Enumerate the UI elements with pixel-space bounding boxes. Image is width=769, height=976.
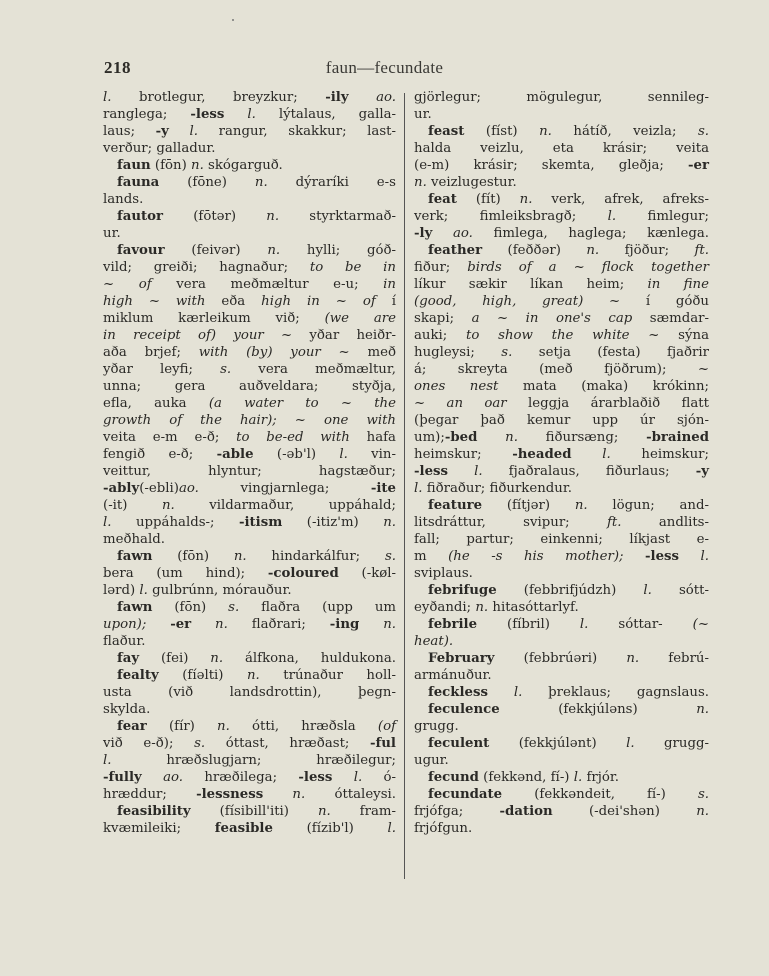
text-line: vild; greiði; hagnaður; to be in [103,259,396,276]
definition-text: flaðrari; [228,617,330,632]
definition-text: (físibill'iti) [191,804,318,819]
definition-text: (fekkjúləns) [500,702,697,717]
text-line: feckless l. þreklaus; gagnslaus. [414,684,709,701]
text-line: -ably(-ebli)ao. vingjarnlega; -ite [103,480,396,497]
definition-text: usta (við landsdrottin), þegn- [103,685,396,700]
definition-text: flaður. [103,634,146,649]
definition-text: unna; gera auðveldara; styðja, [103,379,396,394]
definition-text: fjöður; [599,243,694,258]
text-line: feature (fítjər) n. lögun; and- [414,497,709,514]
grammar-label: n. [414,175,427,190]
text-line: feasibility (físibill'iti) n. fram- [103,803,396,820]
definition-text: grugg. [414,719,459,734]
definition-text: trúnaður holl- [260,668,396,683]
definition-text: ugur. [414,753,449,768]
text-line: ~ an oar leggja árarblaðið flatt [414,395,709,412]
text-line: feculent (fekkjúlənt) l. grugg- [414,735,709,752]
grammar-label: l. [602,447,610,462]
text-line: efla, auka (a water to ~ the [103,395,396,412]
definition-text [169,124,190,139]
definition-text: litsdráttur, svipur; [414,515,607,530]
text-line: feat (fít) n. verk, afrek, afreks- [414,191,709,208]
text-line: fengið e-ð; -able (-əb'l) l. vin- [103,446,396,463]
headword: -er [170,617,191,632]
definition-text: (fekkənd, fí-) [479,770,574,785]
text-line: ranglega; -less l. lýtalaus, galla- [103,106,396,123]
definition-text: aða brjef; [103,345,199,360]
definition-text [432,226,453,241]
definition-text: frjór. [582,770,619,785]
headword: -fully [103,770,142,785]
definition-text: m [414,549,448,564]
grammar-label: ao. [163,770,183,785]
headword: feather [428,243,482,258]
grammar-label: a ~ in one's cap [472,311,633,326]
text-line: frjófgun. [414,820,709,837]
definition-text: á; skreyta (með fjöðrum); [414,362,698,377]
grammar-label: n. [520,192,533,207]
definition-text: (fōn) [152,549,233,564]
definition-text: líkur sækir líkan heim; [414,277,648,292]
definition-text: (físt) [464,124,539,139]
text-line: favour (feivər) n. hylli; góð- [103,242,396,259]
definition-text: óttast, hræðast; [205,736,370,751]
definition-text: andlits- [622,515,710,530]
grammar-label: s. [698,124,709,139]
definition-text: yðar leyfi; [103,362,220,377]
running-head: faun—fecundate [0,58,769,78]
headword: -ful [370,736,396,751]
text-line: meðhald. [103,531,396,548]
definition-text: bera (um hind); [103,566,268,581]
definition-text: laus; [103,124,156,139]
definition-text: vera meðmæltur e-u; [152,277,384,292]
definition-text: flaðra (upp um [239,600,396,615]
grammar-label: (good, high, great) ~ [414,294,620,309]
paper-speck [232,19,234,21]
definition-text: fengið e-ð; [103,447,217,462]
definition-text [359,617,383,632]
text-line: (e-m) krásir; skemta, gleðja; -er [414,157,709,174]
text-line: febrile (fíbril) l. sóttar- (~ [414,616,709,633]
grammar-label: (~ [693,617,709,632]
definition-text: með [350,345,396,360]
grammar-label: s. [220,362,231,377]
headword: -able [217,447,254,462]
definition-text: meðhald. [103,532,165,547]
definition-text: ur. [414,107,432,122]
grammar-label: in receipt of) your ~ [103,328,292,343]
definition-text: veizlugestur. [427,175,517,190]
text-line: n. veizlugestur. [414,174,709,191]
definition-text: (fír) [147,719,217,734]
definition-text: auki; [414,328,466,343]
definition-text: skógarguð. [204,158,283,173]
definition-text: vildarmaður, uppáhald; [175,498,396,513]
text-line: miklum kærleikum við; (we are [103,310,396,327]
definition-text: (fōn) [152,600,228,615]
definition-text: vingjarnlega; [199,481,371,496]
definition-text: um); [414,430,445,445]
headword: febrile [428,617,477,632]
headword: -coloured [268,566,339,581]
definition-text: (fekkəndeit, fí-) [502,787,698,802]
grammar-label: ~ an oar [414,396,507,411]
grammar-label: n. [383,617,396,632]
grammar-label: n. [539,124,552,139]
definition-text: hræðslugjarn; hræðilegur; [111,753,396,768]
text-line: (þegar það kemur upp úr sjón- [414,412,709,429]
definition-text: eyðandi; [414,600,475,615]
definition-text: verður; galladur. [103,141,215,156]
text-line: l. fiðraður; fiðurkendur. [414,480,709,497]
definition-text: (-əb'l) [254,447,340,462]
text-line: feast (físt) n. hátíð, veizla; s. [414,123,709,140]
text-line: verður; galladur. [103,140,396,157]
headword: -y [156,124,169,139]
definition-text: ó- [362,770,396,785]
text-line: litsdráttur, svipur; ft. andlits- [414,514,709,531]
definition-text: sýna [659,328,709,343]
text-line: veita e-m e-ð; to be-ed with hafa [103,429,396,446]
text-line: ur. [103,225,396,242]
grammar-label: ones nest [414,379,498,394]
text-line: feather (feððər) n. fjöður; ft. [414,242,709,259]
grammar-label: n. [696,702,709,717]
definition-text: (fízib'l) [273,821,388,836]
text-line: halda veizlu, eta krásir; veita [414,140,709,157]
definition-text: lögun; and- [588,498,709,513]
headword: -dation [500,804,553,819]
definition-text: rangur, skakkur; last- [198,124,396,139]
text-line: á; skreyta (með fjöðrum); ~ [414,361,709,378]
text-line: líkur sækir líkan heim; in fine [414,276,709,293]
headword: -lessness [196,787,263,802]
grammar-label: n. [575,498,588,513]
definition-text: óttaleysi. [305,787,396,802]
headword: feasible [215,821,273,836]
headword: fautor [117,209,163,224]
grammar-label: s. [501,345,512,360]
text-line: -ly ao. fimlega, haglega; kænlega. [414,225,709,242]
headword: feasibility [117,804,191,819]
grammar-label: ft. [607,515,622,530]
definition-text: skapi; [414,311,472,326]
grammar-label: l. [608,209,616,224]
text-line: fawn (fōn) n. hindarkálfur; s. [103,548,396,565]
text-line: in receipt of) your ~ yðar heiðr- [103,327,396,344]
grammar-label: l. [354,770,362,785]
grammar-label: ~ of [103,277,152,292]
text-line: heat). [414,633,709,650]
text-line: lands. [103,191,396,208]
grammar-label: n. [626,651,639,666]
text-line: fay (fei) n. álfkona, huldukona. [103,650,396,667]
definition-text: febrú- [639,651,709,666]
text-line: sviplaus. [414,565,709,582]
definition-text: fall; partur; einkenni; líkjast e- [414,532,709,547]
text-line: verk; fimleiksbragð; l. fimlegur; [414,208,709,225]
definition-text: (-itiz'm) [282,515,383,530]
definition-text: fram- [331,804,396,819]
headword: -y [696,464,709,479]
definition-text: (feððər) [482,243,586,258]
definition-text: vild; greiði; hagnaður; [103,260,310,275]
grammar-label: high in ~ of [261,294,376,309]
headword: -less [414,464,448,479]
definition-text: (-ebli) [139,481,179,496]
definition-text: yðar heiðr- [292,328,396,343]
headword: feature [428,498,482,513]
grammar-label: n. [505,430,518,445]
text-line: um);-bed n. fiðursæng; -brained [414,429,709,446]
definition-text: hátíð, veizla; [552,124,698,139]
definition-text: (-dei'shən) [553,804,697,819]
grammar-label: n. [191,158,204,173]
text-line: laus; -y l. rangur, skakkur; last- [103,123,396,140]
text-line: auki; to show the white ~ sýna [414,327,709,344]
definition-text: verk, afrek, afreks- [532,192,709,207]
definition-text: hindarkálfur; [247,549,385,564]
headword: -ably [103,481,139,496]
definition-text [142,770,163,785]
definition-text: hræddur; [103,787,196,802]
grammar-label: l. [247,107,255,122]
grammar-label: (a water to ~ the [209,396,396,411]
definition-text: (fōne) [159,175,255,190]
definition-text: fimlegur; [616,209,709,224]
definition-text: gulbrúnn, mórauður. [148,583,292,598]
definition-text: (febbrúəri) [495,651,627,666]
text-line: February (febbrúəri) n. febrú- [414,650,709,667]
headword: -less [190,107,224,122]
grammar-label: n. [217,719,230,734]
definition-text: fimlega, haglega; kænlega. [473,226,709,241]
definition-text: eða [205,294,261,309]
grammar-label: to be-ed with [236,430,350,445]
grammar-label: l. [626,736,634,751]
headword: -ly [414,226,432,241]
definition-text: dýraríki e-s [268,175,396,190]
definition-text: (febbrifjúdzh) [497,583,644,598]
definition-text: veittur, hlyntur; hagstæður; [103,464,396,479]
text-line: fear (fír) n. ótti, hræðsla (of [103,718,396,735]
left-column: l. brotlegur, breyzkur; -ily ao.ranglega… [103,89,396,837]
text-line: ugur. [414,752,709,769]
definition-text: sviplaus. [414,566,473,581]
grammar-label: l. [701,549,709,564]
definition-text: hylli; góð- [280,243,396,258]
text-line: lərd) l. gulbrúnn, mórauður. [103,582,396,599]
grammar-label: n. [210,651,223,666]
definition-text: lərd) [103,583,139,598]
definition-text: frjófga; [414,804,500,819]
definition-text: lýtalaus, galla- [256,107,396,122]
definition-text: brotlegur, breyzkur; [111,90,325,105]
text-line: ones nest mata (maka) krókinn; [414,378,709,395]
definition-text [477,430,505,445]
definition-text: hafa [350,430,396,445]
headword: -ite [371,481,396,496]
definition-text: (fíəlti) [159,668,247,683]
definition-text: veita e-m e-ð; [103,430,236,445]
grammar-label: heat). [414,634,453,649]
headword: fealty [117,668,159,683]
definition-text: heimskur; [611,447,709,462]
grammar-label: n. [247,668,260,683]
grammar-label: (he -s his mother); [448,549,623,564]
headword: feculent [428,736,489,751]
definition-text: miklum kærleikum við; [103,311,325,326]
text-line: armánuður. [414,667,709,684]
definition-text: vera meðmæltur, [231,362,396,377]
definition-text: verk; fimleiksbragð; [414,209,608,224]
grammar-label: l. [339,447,347,462]
headword: fawn [117,600,152,615]
text-line: yðar leyfi; s. vera meðmæltur, [103,361,396,378]
definition-text [349,90,377,105]
headword: -less [298,770,332,785]
text-line: kvæmileiki; feasible (fízib'l) l. [103,820,396,837]
definition-text: (fíbril) [477,617,580,632]
grammar-label: l. [190,124,198,139]
text-line: unna; gera auðveldara; styðja, [103,378,396,395]
definition-text: (-køl- [339,566,396,581]
headword: fawn [117,549,152,564]
grammar-label: n. [234,549,247,564]
text-line: fecundate (fekkəndeit, fí-) s. [414,786,709,803]
definition-text: efla, auka [103,396,209,411]
text-line: heimskur; -headed l. heimskur; [414,446,709,463]
headword: -headed [512,447,571,462]
grammar-label: s. [194,736,205,751]
grammar-label: n. [586,243,599,258]
headword: feckless [428,685,488,700]
definition-text: leggja árarblaðið flatt [507,396,709,411]
headword: fecundate [428,787,502,802]
definition-text: grugg- [635,736,709,751]
grammar-label: s. [698,787,709,802]
text-line: fecund (fekkənd, fí-) l. frjór. [414,769,709,786]
grammar-label: n. [266,209,279,224]
definition-text [572,447,603,462]
headword: feast [428,124,464,139]
definition-text: halda veizlu, eta krásir; veita [414,141,709,156]
definition-text: fjaðralaus, fiðurlaus; [483,464,696,479]
definition-text: ranglega; [103,107,190,122]
text-line: fall; partur; einkenni; líkjast e- [414,531,709,548]
right-column: gjörlegur; mögulegur, sennileg-ur.feast … [414,89,709,837]
definition-text: (fōn) [151,158,191,173]
text-line: feculence (fekkjúləns) n. [414,701,709,718]
text-line: fawn (fōn) s. flaðra (upp um [103,599,396,616]
text-line: við e-ð); s. óttast, hræðast; -ful [103,735,396,752]
text-line: -less l. fjaðralaus, fiðurlaus; -y [414,463,709,480]
definition-text: ur. [103,226,121,241]
grammar-label: l. [643,583,651,598]
text-line: l. uppáhalds-; -itism (-itiz'm) n. [103,514,396,531]
headword: -less [645,549,679,564]
definition-text: í [376,294,396,309]
text-line: ur. [414,106,709,123]
definition-text: sæmdar- [632,311,709,326]
grammar-label: ft. [695,243,710,258]
grammar-label: n. [162,498,175,513]
definition-text: (e-m) krásir; skemta, gleðja; [414,158,688,173]
definition-text: (fei) [139,651,210,666]
text-line: faun (fōn) n. skógarguð. [103,157,396,174]
text-line: hugleysi; s. setja (festa) fjaðrir [414,344,709,361]
definition-text: gjörlegur; mögulegur, sennileg- [414,90,709,105]
definition-text: hitasóttarlyf. [488,600,579,615]
definition-text: fiðursæng; [518,430,646,445]
headword: feat [428,192,457,207]
grammar-label: n. [255,175,268,190]
definition-text: hugleysi; [414,345,501,360]
text-line: grugg. [414,718,709,735]
headword: -er [688,158,709,173]
text-line: (good, high, great) ~ í góðu [414,293,709,310]
definition-text: (fít) [457,192,520,207]
grammar-label: n. [215,617,228,632]
definition-text: við e-ð); [103,736,194,751]
definition-text: (þegar það kemur upp úr sjón- [414,413,709,428]
text-line: veittur, hlyntur; hagstæður; [103,463,396,480]
definition-text: kvæmileiki; [103,821,215,836]
definition-text: ótti, hræðsla [230,719,378,734]
definition-text: skylda. [103,702,150,717]
text-line: m (he -s his mother); -less l. [414,548,709,565]
text-line: fauna (fōne) n. dýraríki e-s [103,174,396,191]
headword: -bed [445,430,478,445]
grammar-label: ao. [376,90,396,105]
definition-text: fiður; [414,260,467,275]
definition-text [224,107,247,122]
definition-text: frjófgun. [414,821,472,836]
definition-text: uppáhalds-; [111,515,238,530]
headword: feculence [428,702,500,717]
text-line: flaður. [103,633,396,650]
definition-text [146,617,170,632]
definition-text [191,617,215,632]
grammar-label: s. [228,600,239,615]
text-line: usta (við landsdrottin), þegn- [103,684,396,701]
definition-text: álfkona, huldukona. [223,651,396,666]
grammar-label: with (by) your ~ [199,345,350,360]
text-line: ~ of vera meðmæltur e-u; in [103,276,396,293]
text-line: frjófga; -dation (-dei'shən) n. [414,803,709,820]
grammar-label: high ~ with [103,294,205,309]
text-line: aða brjef; with (by) your ~ með [103,344,396,361]
definition-text [332,770,353,785]
headword: favour [117,243,165,258]
text-line: skapi; a ~ in one's cap sæmdar- [414,310,709,327]
grammar-label: in fine [648,277,709,292]
grammar-label: ao. [179,481,199,496]
text-line: l. hræðslugjarn; hræðilegur; [103,752,396,769]
definition-text: styrktarmað- [279,209,396,224]
column-divider [404,93,405,879]
grammar-label: to show the white ~ [466,328,659,343]
definition-text: (feivər) [165,243,268,258]
text-line: l. brotlegur, breyzkur; -ily ao. [103,89,396,106]
definition-text [488,685,514,700]
definition-text: (fítjər) [482,498,575,513]
definition-text: mata (maka) krókinn; [498,379,709,394]
definition-text [263,787,292,802]
text-line: eyðandi; n. hitasóttarlyf. [414,599,709,616]
definition-text: í góðu [620,294,709,309]
